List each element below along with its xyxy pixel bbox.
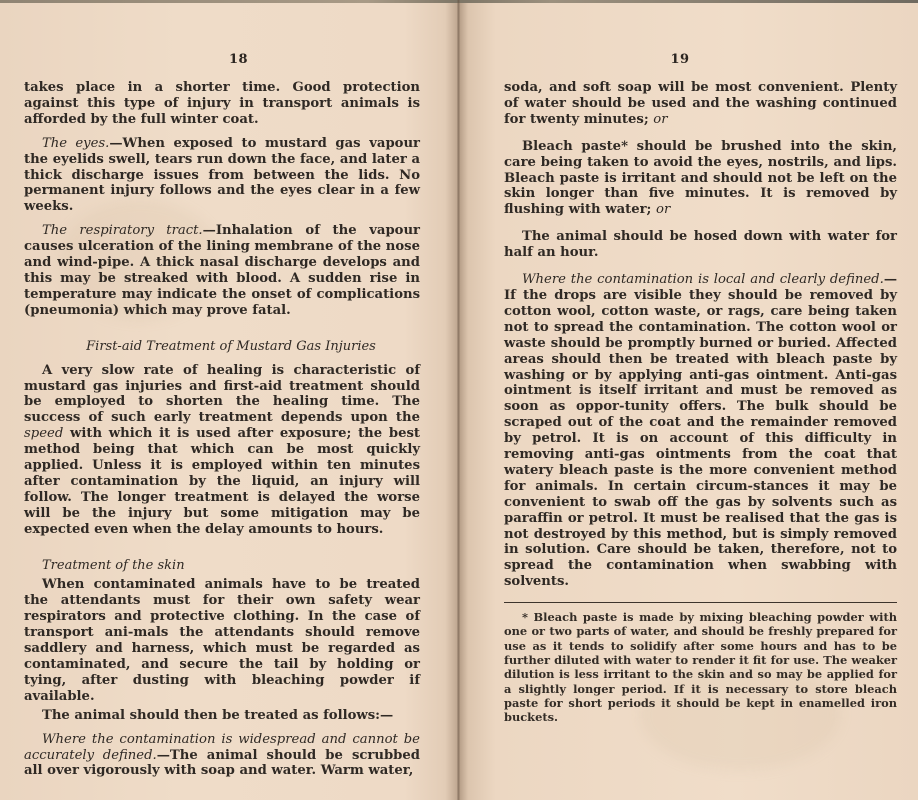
page-number: 18 [10,52,467,67]
paragraph: takes place in a shorter time. Good prot… [24,80,420,128]
paragraph: soda, and soft soap will be most conveni… [504,80,897,128]
paragraph-hosed: The animal should be hosed down with wat… [504,229,897,261]
paragraph-local: Where the contamination is local and cle… [504,272,897,590]
paragraph-bleach-paste: Bleach paste* should be brushed into the… [504,139,897,219]
paragraph-widespread: Where the contamination is widespread an… [24,732,420,780]
paragraph-skin: When contaminated animals have to be tre… [24,577,420,704]
left-page-body: takes place in a shorter time. Good prot… [24,80,420,779]
footnote-rule [504,602,897,603]
paragraph-first-aid: A very slow rate of healing is character… [24,363,420,538]
paragraph-lead: Where the contamination is local and cle… [522,272,884,287]
paragraph-eyes: The eyes.—When exposed to mustard gas va… [24,136,420,216]
paragraph-skin-follows: The animal should then be treated as fol… [24,708,420,724]
right-page: 19 soda, and soft soap will be most conv… [460,0,918,800]
right-page-body: soda, and soft soap will be most conveni… [504,80,897,725]
book-spread: 18 takes place in a shorter time. Good p… [0,0,918,800]
section-heading-skin: Treatment of the skin [24,558,420,574]
paragraph-lead: The respiratory tract. [42,223,203,238]
section-heading-first-aid: First-aid Treatment of Mustard Gas Injur… [24,339,420,355]
page-number: 19 [451,52,909,67]
paragraph-respiratory: The respiratory tract.—Inhalation of the… [24,223,420,318]
footnote: * Bleach paste is made by mixing bleachi… [504,610,897,724]
paragraph-lead: The eyes. [42,136,109,151]
left-page: 18 takes place in a shorter time. Good p… [0,0,457,800]
